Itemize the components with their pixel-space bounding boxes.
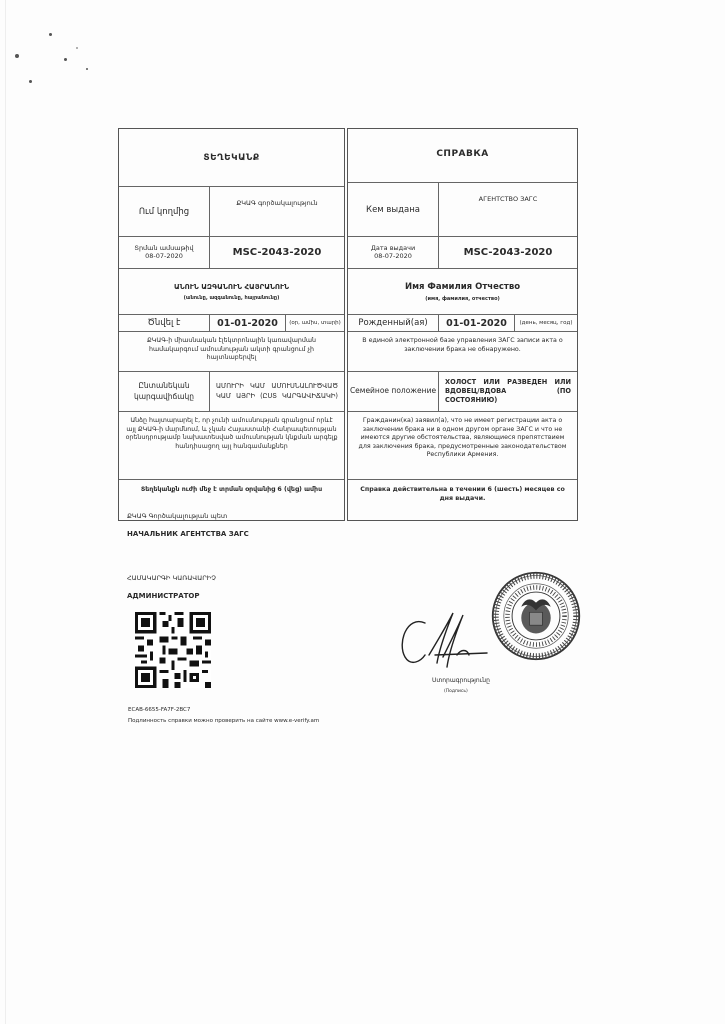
person-name-hint: (имя, фамилия, отчество) xyxy=(425,296,500,302)
birth-label: Рожденный(ая) xyxy=(348,315,438,331)
armenia-coat-of-arms-seal-icon xyxy=(490,570,582,662)
certificate-title-armenian: ՏԵՂԵԿԱՆՔ xyxy=(119,129,344,186)
birth-label: Ծնվել է xyxy=(119,315,209,331)
validity-text: Справка действительна в течении 6 (шесть… xyxy=(348,480,577,520)
birth-date: 01-01-2020 xyxy=(209,315,285,331)
birth-date-hint: (день, месяц, год) xyxy=(514,315,577,331)
declaration-text: Гражданин(ка) заявил(а), что не имеет ре… xyxy=(348,412,577,480)
scan-speck xyxy=(86,68,88,70)
certificate-table: ՏԵՂԵԿԱՆՔ Ում կողմից ՔԿԱԳ գործակալություն… xyxy=(118,128,578,521)
birth-date: 01-01-2020 xyxy=(438,315,514,331)
marital-status-value: ԱՄՈՒՐԻ ԿԱՄ ԱՄՈՒՍՆԱԼՈՒԾՎԱԾ ԿԱՄ ԱՅՐԻ (ԸՍՏ … xyxy=(209,372,344,411)
issue-date-value: 08-07-2020 xyxy=(371,253,415,261)
not-found-text: В единой электронной базе управления ЗАГ… xyxy=(348,332,577,372)
head-title-russian: НАЧАЛЬНИК АГЕНТСТВА ЗАГС xyxy=(127,530,249,538)
page-edge xyxy=(5,0,6,1024)
issue-date: Տրման ամսաթիվ08-07-2020 xyxy=(119,237,209,268)
scan-speck xyxy=(76,47,78,49)
person-name-hint: (անունը, ազգանունը, հայրանունը) xyxy=(184,295,280,301)
document-number: MSC-2043-2020 xyxy=(438,237,577,268)
person-name: Имя Фамилия Отчество xyxy=(405,282,520,292)
signature-label: Ստորագրությունը xyxy=(432,677,490,684)
russian-column: СПРАВКА Кем выдана АГЕНТСТВО ЗАГС Дата в… xyxy=(347,128,578,521)
certificate-title-russian: СПРАВКА xyxy=(348,149,577,159)
signature-hint: (Подпись) xyxy=(444,689,468,694)
verify-instructions: Подлинность справки можно проверить на с… xyxy=(128,718,319,724)
scan-speck xyxy=(15,54,19,58)
person-name-block: ԱՆՈՒՆ ԱԶԳԱՆՈՒՆ ՀԱՅՐԱՆՈՒՆ (անունը, ազգանո… xyxy=(119,269,344,315)
issue-date-value: 08-07-2020 xyxy=(134,253,193,261)
scan-speck xyxy=(49,33,52,36)
person-name: ԱՆՈՒՆ ԱԶԳԱՆՈՒՆ ՀԱՅՐԱՆՈՒՆ xyxy=(174,283,289,291)
birth-date-hint: (օր, ամիս, տարի) xyxy=(285,315,344,331)
qr-code-icon xyxy=(135,612,211,688)
admin-title-russian: АДМИНИСТРАТОР xyxy=(127,592,200,600)
head-title-armenian: ՔԿԱԳ Գործակալության պետ xyxy=(127,512,227,520)
armenian-column: ՏԵՂԵԿԱՆՔ Ում կողմից ՔԿԱԳ գործակալություն… xyxy=(118,128,345,521)
marital-status-label: Ընտանեկան կարգավիճակը xyxy=(119,372,209,411)
issuer-value: АГЕНТСТВО ЗАГС xyxy=(438,183,577,236)
issuer-value: ՔԿԱԳ գործակալություն xyxy=(209,187,344,236)
issuer-label: Ում կողմից xyxy=(119,187,209,236)
not-found-text: ՔԿԱԳ-ի միասնական էլեկտրոնային կառավարման… xyxy=(119,332,344,372)
admin-title-armenian: ՀԱՄԱԿԱՐԳԻ ԿԱՌԱՎԱՐԻՉ xyxy=(127,574,216,582)
scan-speck xyxy=(64,58,67,61)
scan-speck xyxy=(29,80,32,83)
declaration-text: Անձը հայտարարել է, որ չունի ամուսնության… xyxy=(119,412,344,480)
handwritten-signature-icon xyxy=(395,605,490,675)
marital-status-value: ХОЛОСТ ИЛИ РАЗВЕДЕН ИЛИ ВДОВЕЦ/ВДОВА (ПО… xyxy=(438,372,577,411)
marital-status-label: Семейное положение xyxy=(348,372,438,411)
document-number: MSC-2043-2020 xyxy=(209,237,344,268)
verification-code: ECAB-6655-FA7F-2BC7 xyxy=(128,707,190,713)
issuer-label: Кем выдана xyxy=(348,183,438,236)
issue-date: Дата выдачи08-07-2020 xyxy=(348,237,438,268)
